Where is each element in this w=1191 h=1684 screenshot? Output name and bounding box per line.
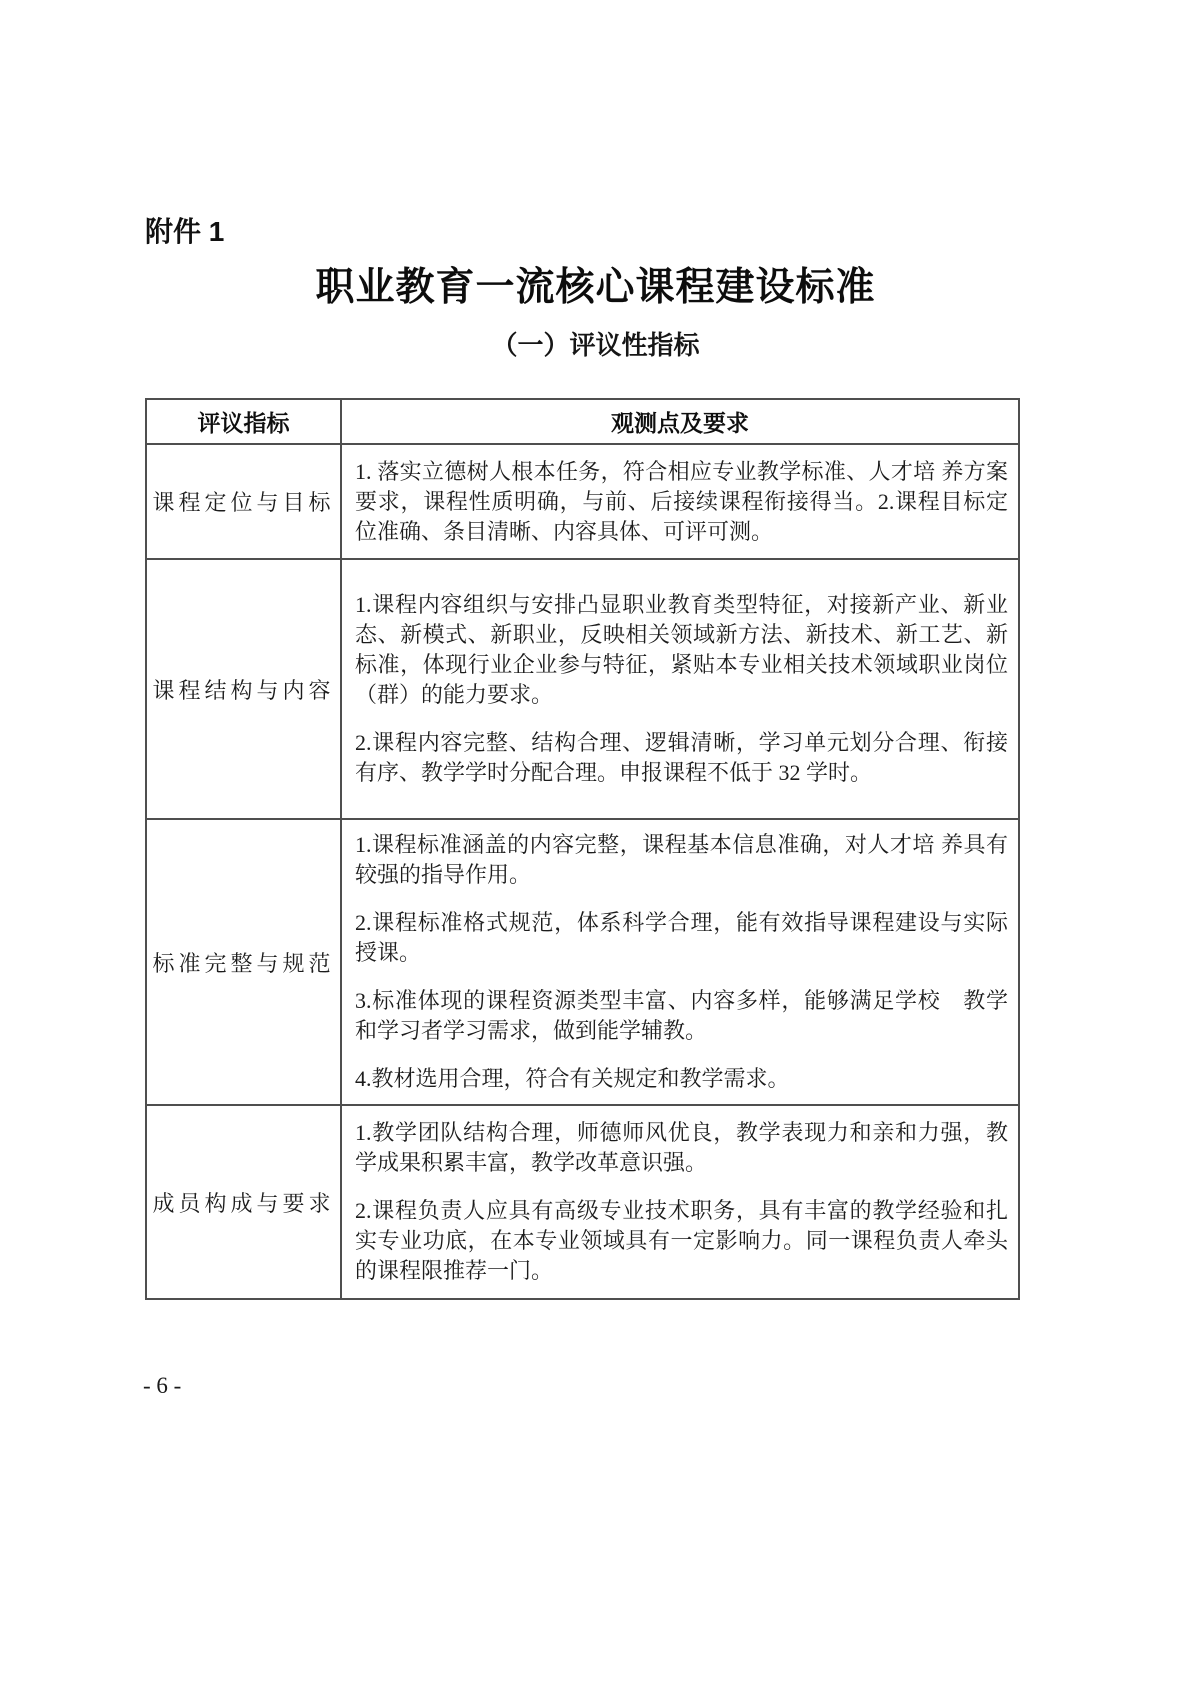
indicator-cell: 课程结构与内容 bbox=[146, 559, 341, 819]
table-row: 成员构成与要求 1.教学团队结构合理，师德师风优良，教学表现力和亲和力强，教学成… bbox=[146, 1105, 1019, 1299]
requirement-item: 2.课程内容完整、结构合理、逻辑清晰，学习单元划分合理、衔接有序、教学学时分配合… bbox=[355, 728, 1008, 788]
indicator-cell: 成员构成与要求 bbox=[146, 1105, 341, 1299]
requirement-item: 2.课程负责人应具有高级专业技术职务，具有丰富的教学经验和扎实专业功底，在本专业… bbox=[355, 1196, 1008, 1286]
column-header-indicator: 评议指标 bbox=[146, 399, 341, 444]
indicator-cell: 标准完整与规范 bbox=[146, 819, 341, 1105]
column-header-requirements: 观测点及要求 bbox=[341, 399, 1019, 444]
table-header-row: 评议指标 观测点及要求 bbox=[146, 399, 1019, 444]
requirement-item: 1.课程内容组织与安排凸显职业教育类型特征，对接新产业、新业态、新模式、新职业，… bbox=[355, 590, 1008, 710]
requirements-cell: 1.课程内容组织与安排凸显职业教育类型特征，对接新产业、新业态、新模式、新职业，… bbox=[341, 559, 1019, 819]
requirement-item: 4.教材选用合理，符合有关规定和教学需求。 bbox=[355, 1064, 1008, 1094]
indicator-cell: 课程定位与目标 bbox=[146, 444, 341, 559]
requirements-cell: 1. 落实立德树人根本任务，符合相应专业教学标准、人才培 养方案要求，课程性质明… bbox=[341, 444, 1019, 559]
requirements-cell: 1.教学团队结构合理，师德师风优良，教学表现力和亲和力强，教学成果积累丰富，教学… bbox=[341, 1105, 1019, 1299]
requirement-item: 3.标准体现的课程资源类型丰富、内容多样，能够满足学校 教学和学习者学习需求，做… bbox=[355, 986, 1008, 1046]
requirement-item: 1.教学团队结构合理，师德师风优良，教学表现力和亲和力强，教学成果积累丰富，教学… bbox=[355, 1118, 1008, 1178]
document-page: 附件 1 职业教育一流核心课程建设标准 （一）评议性指标 评议指标 观测点及要求… bbox=[0, 0, 1191, 1684]
requirement-item: 2.课程标准格式规范，体系科学合理，能有效指导课程建设与实际授课。 bbox=[355, 908, 1008, 968]
page-number: - 6 - bbox=[143, 1372, 181, 1400]
requirement-item: 1.课程标准涵盖的内容完整，课程基本信息准确，对人才培 养具有较强的指导作用。 bbox=[355, 830, 1008, 890]
section-subtitle: （一）评议性指标 bbox=[0, 330, 1191, 360]
attachment-label: 附件 1 bbox=[145, 216, 224, 248]
table-row: 课程结构与内容 1.课程内容组织与安排凸显职业教育类型特征，对接新产业、新业态、… bbox=[146, 559, 1019, 819]
table-row: 课程定位与目标 1. 落实立德树人根本任务，符合相应专业教学标准、人才培 养方案… bbox=[146, 444, 1019, 559]
requirement-item: 1. 落实立德树人根本任务，符合相应专业教学标准、人才培 养方案要求，课程性质明… bbox=[355, 457, 1008, 547]
requirements-cell: 1.课程标准涵盖的内容完整，课程基本信息准确，对人才培 养具有较强的指导作用。 … bbox=[341, 819, 1019, 1105]
table-row: 标准完整与规范 1.课程标准涵盖的内容完整，课程基本信息准确，对人才培 养具有较… bbox=[146, 819, 1019, 1105]
page-title: 职业教育一流核心课程建设标准 bbox=[0, 266, 1191, 310]
criteria-table: 评议指标 观测点及要求 课程定位与目标 1. 落实立德树人根本任务，符合相应专业… bbox=[145, 398, 1020, 1300]
